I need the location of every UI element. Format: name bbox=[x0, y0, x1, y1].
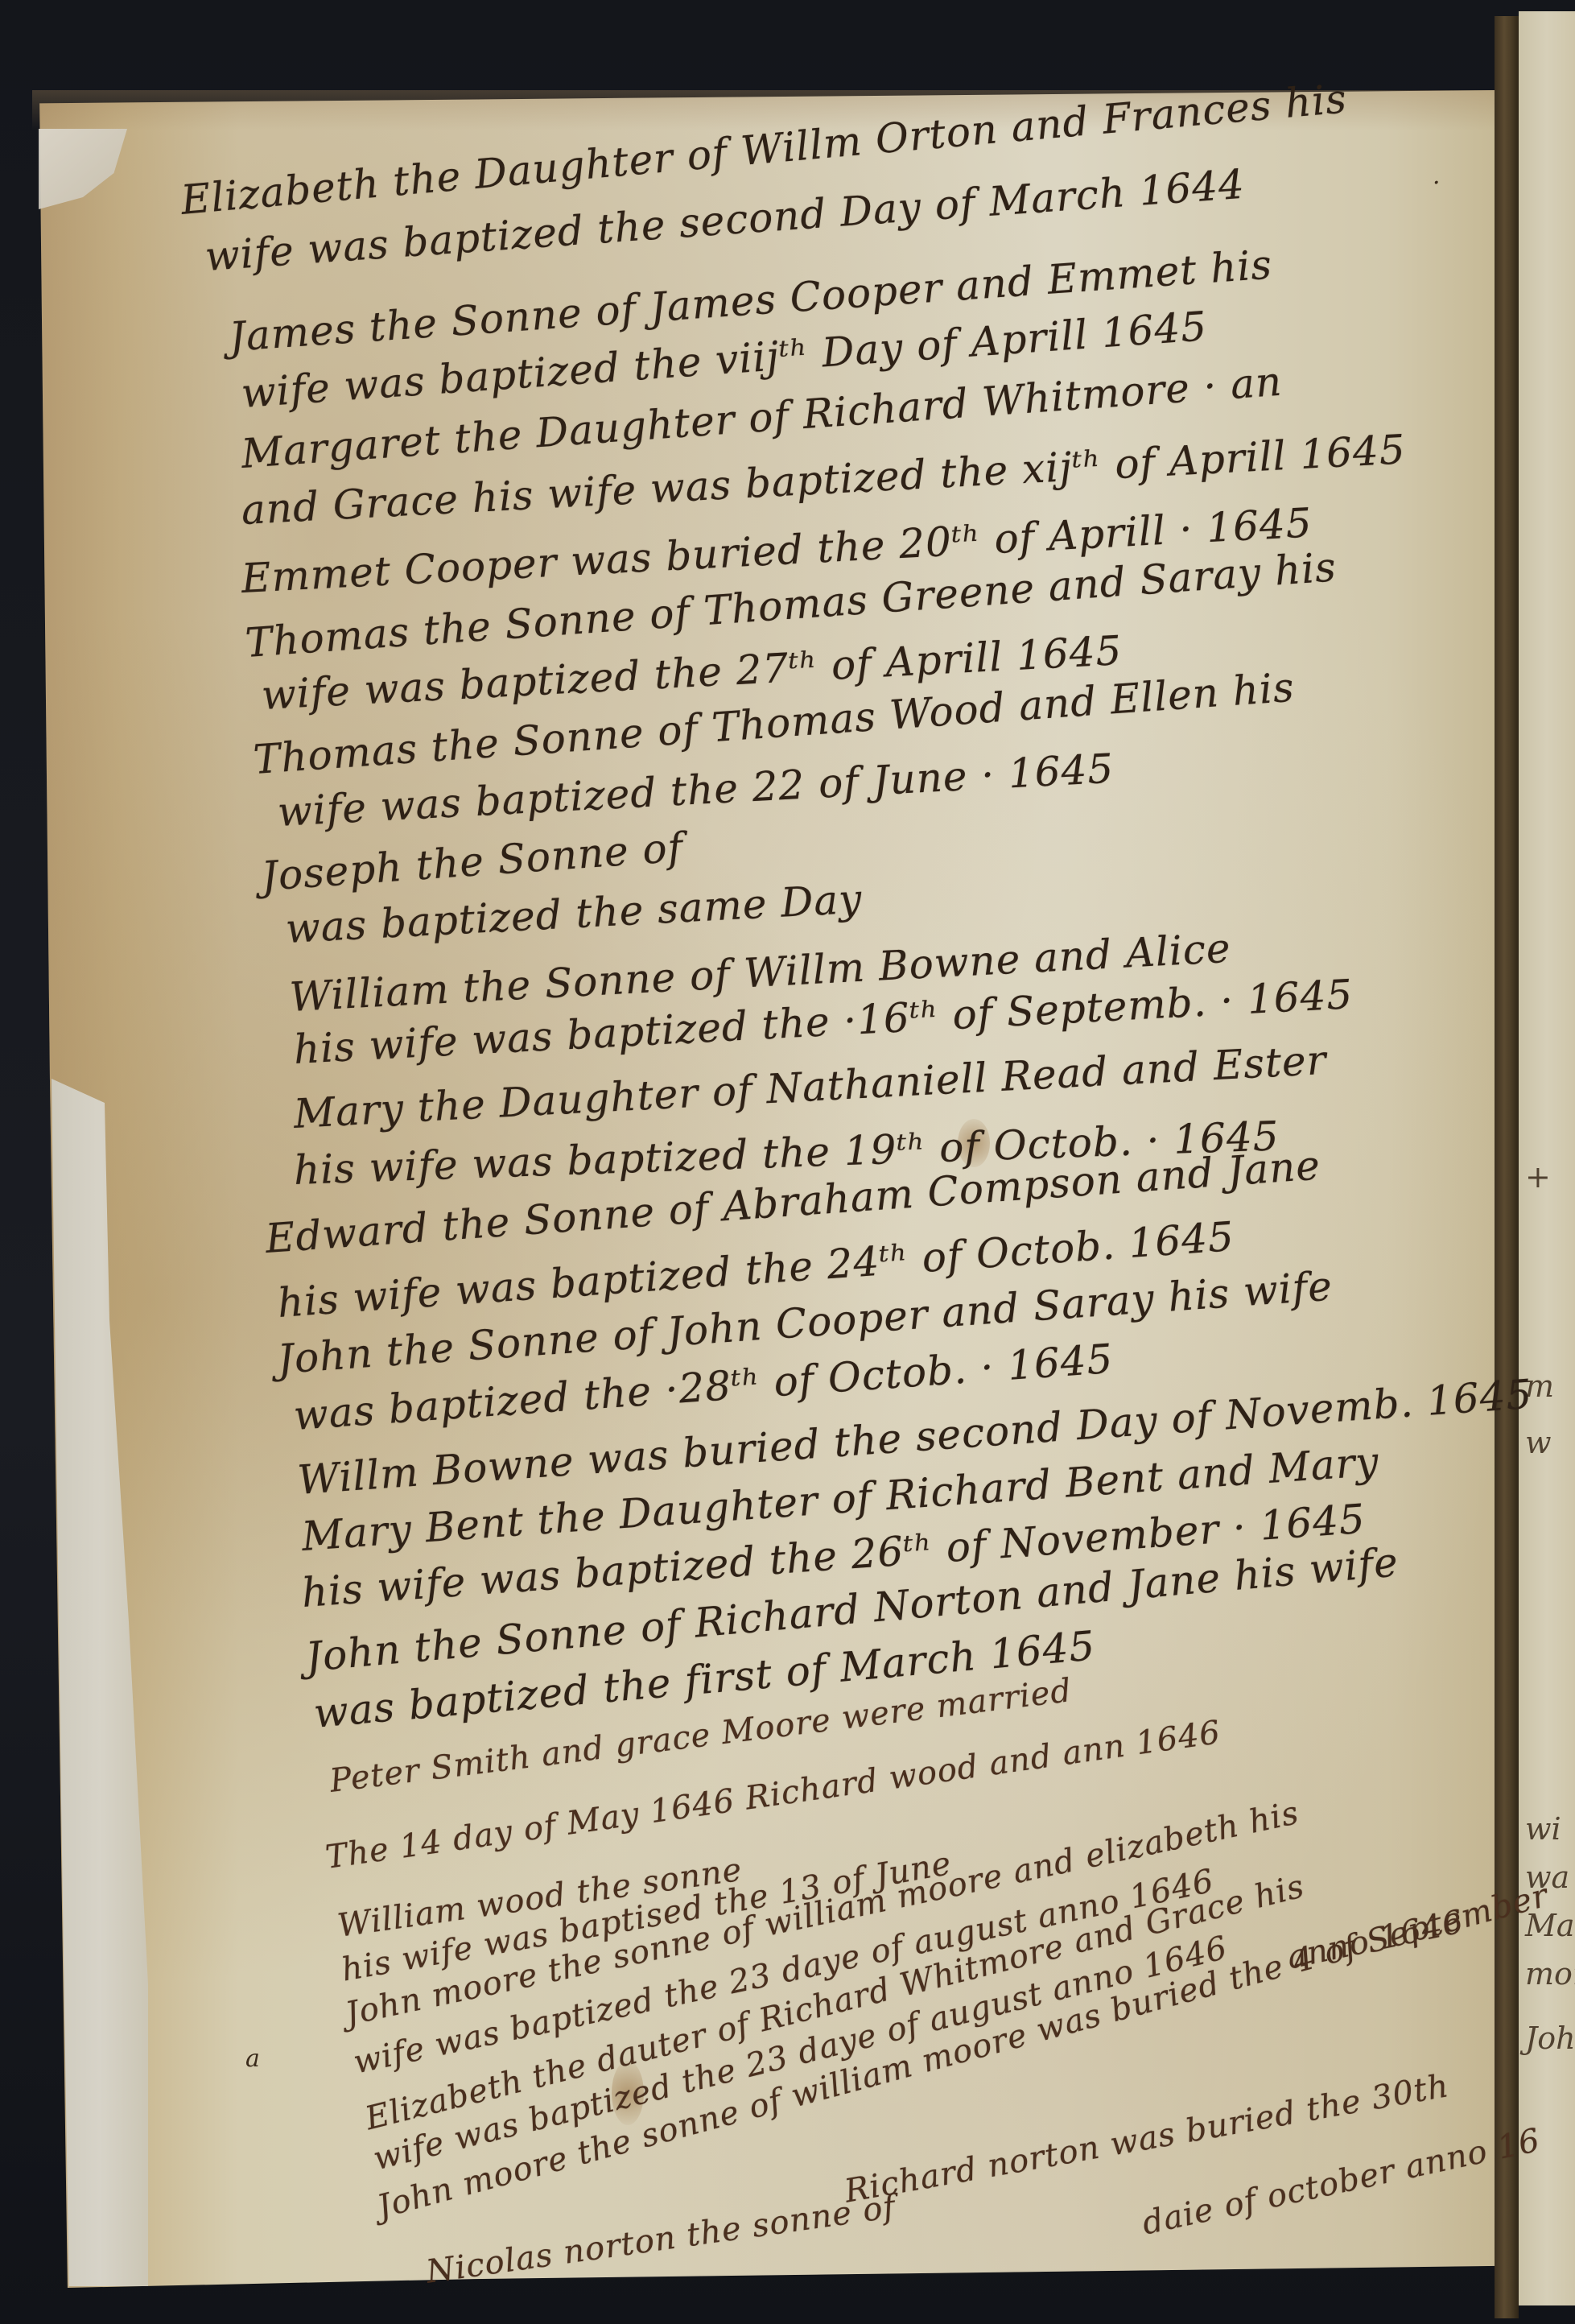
facing-text-fragment: + bbox=[1525, 1159, 1551, 1195]
margin-mark: a bbox=[245, 2045, 260, 2073]
facing-text-fragment: Joh bbox=[1525, 2021, 1575, 2056]
book-gutter bbox=[1495, 16, 1519, 2318]
facing-text-fragment: w bbox=[1525, 1425, 1552, 1460]
facing-text-fragment: wi bbox=[1525, 1811, 1561, 1847]
scan-stage: + m w wi wa Ma mor Joh · a Elizabeth the… bbox=[0, 0, 1575, 2324]
margin-mark: · bbox=[1433, 169, 1441, 197]
facing-text-fragment: mor bbox=[1525, 1956, 1575, 1992]
